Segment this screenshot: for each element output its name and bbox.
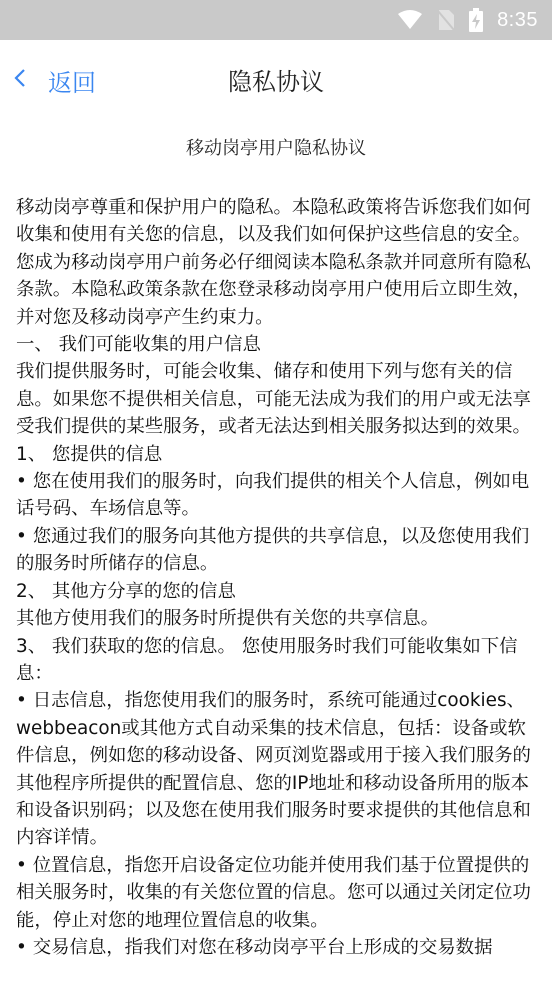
subsection-heading: 3、 我们获取的您的信息。 您使用服务时我们可能收集如下信息：	[16, 633, 536, 688]
paragraph: 我们提供服务时，可能会收集、储存和使用下列与您有关的信息。如果您不提供相关信息，…	[16, 358, 536, 440]
subsection-heading: 2、 其他方分享的您的信息	[16, 578, 536, 605]
paragraph: 其他方使用我们的服务时所提供有关您的共享信息。	[16, 605, 536, 632]
bullet-item: • 位置信息，指您开启设备定位功能并使用我们基于位置提供的相关服务时，收集的有关…	[16, 852, 536, 934]
status-bar: 8:35	[0, 0, 552, 40]
battery-charging-icon	[469, 8, 483, 32]
intro-paragraph: 移动岗亭尊重和保护用户的隐私。本隐私政策将告诉您我们如何收集和使用有关您的信息，…	[16, 194, 536, 331]
status-time: 8:35	[497, 9, 538, 32]
bullet-item: • 您通过我们的服务向其他方提供的共享信息，以及您使用我们的服务时所储存的信息。	[16, 523, 536, 578]
wifi-icon	[397, 10, 423, 30]
nav-bar: 返回 隐私协议	[0, 40, 552, 120]
bullet-item: • 交易信息，指我们对您在移动岗亭平台上形成的交易数据	[16, 934, 536, 961]
section-heading: 一、 我们可能收集的用户信息	[16, 331, 536, 358]
document-title: 移动岗亭用户隐私协议	[0, 134, 552, 164]
no-sim-icon	[437, 9, 455, 31]
document-body: 移动岗亭尊重和保护用户的隐私。本隐私政策将告诉您我们如何收集和使用有关您的信息，…	[0, 194, 552, 961]
subsection-heading: 1、 您提供的信息	[16, 441, 536, 468]
bullet-item: • 日志信息，指您使用我们的服务时，系统可能通过cookies、 webbeac…	[16, 687, 536, 851]
bullet-item: • 您在使用我们的服务时，向我们提供的相关个人信息，例如电话号码、车场信息等。	[16, 468, 536, 523]
page-title: 隐私协议	[0, 62, 552, 97]
